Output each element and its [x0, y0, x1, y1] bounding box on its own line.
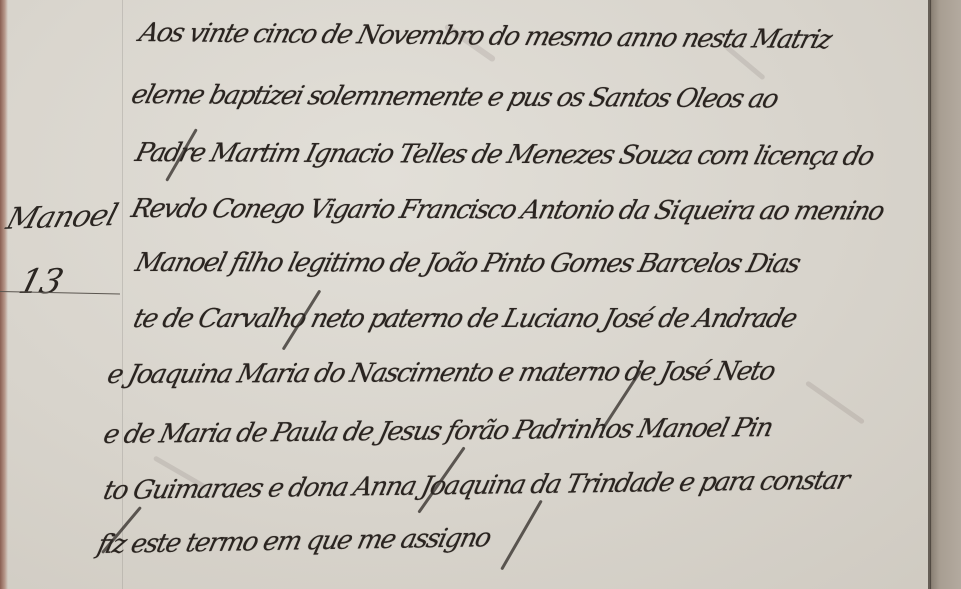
entry-text: Aos vinte cinco de Novembro do mesmo ann…	[0, 0, 961, 589]
text-line: e Joaquina Maria do Nascimento e materno…	[104, 356, 777, 390]
text-line: Aos vinte cinco de Novembro do mesmo ann…	[136, 18, 834, 55]
text-line: e de Maria de Paula de Jesus forão Padri…	[100, 413, 775, 450]
text-line: te de Carvalho neto paterno de Luciano J…	[130, 304, 799, 334]
text-line: Revdo Conego Vigario Francisco Antonio d…	[128, 194, 886, 227]
text-line: to Guimaraes e dona Anna Joaquina da Tri…	[100, 466, 851, 506]
text-line: eleme baptizei solemnemente e pus os San…	[128, 80, 781, 114]
manuscript-page: Manoel 13 Aos vinte cinco de Novembro do…	[0, 0, 961, 589]
text-line: Manoel filho legitimo de João Pinto Gome…	[132, 248, 802, 279]
text-line: Padre Martim Ignacio Telles de Menezes S…	[132, 138, 876, 172]
text-line: fiz este termo em que me assigno	[95, 523, 493, 560]
